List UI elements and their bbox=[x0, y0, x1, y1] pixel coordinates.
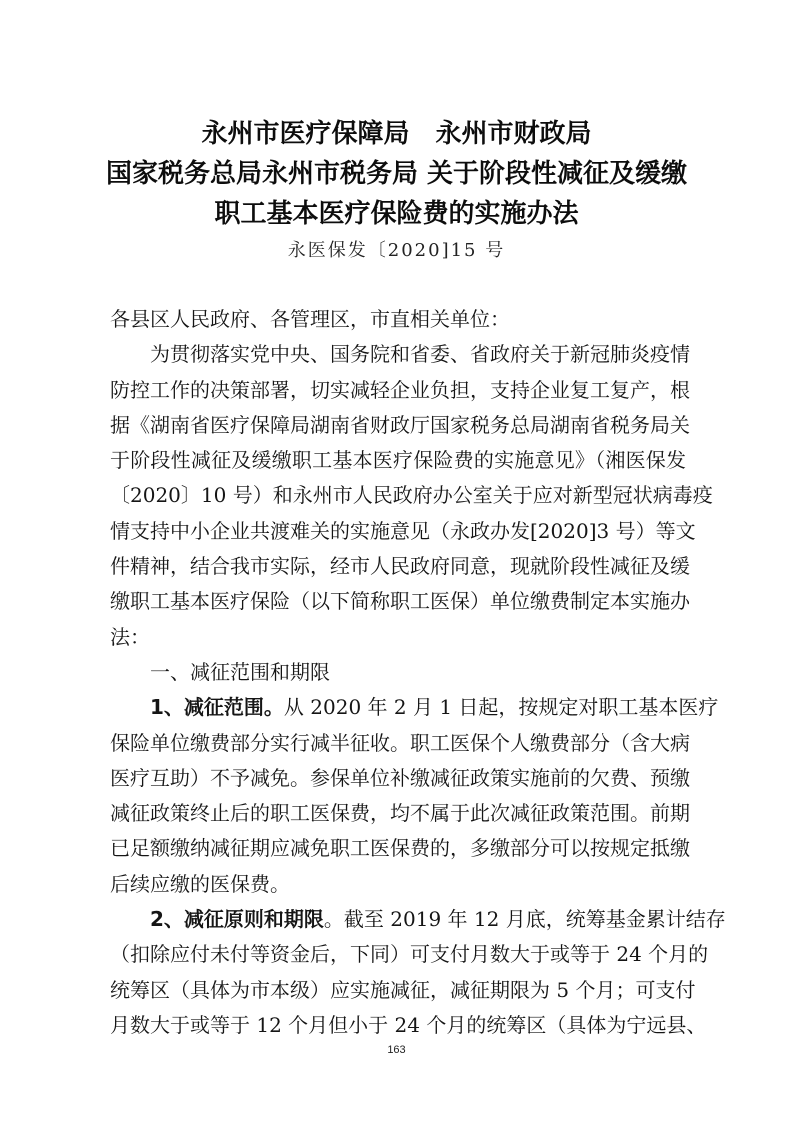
item1-line: 已足额缴纳减征期应减免职工医保费的，多缴部分可以按规定抵缴 bbox=[110, 831, 686, 866]
item2-line: 月数大于或等于 12 个月但小于 24 个月的统筹区（具体为宁远县、 bbox=[110, 1008, 686, 1043]
item1-first-line: 1、减征范围。从 2020 年 2 月 1 日起，按规定对职工基本医疗 bbox=[110, 690, 686, 725]
intro-line: 〔2020〕10 号）和永州市人民政府办公室关于应对新型冠状病毒疫 bbox=[110, 478, 686, 513]
item1-label: 1、减征范围。 bbox=[150, 695, 284, 719]
addressee: 各县区人民政府、各管理区，市直相关单位： bbox=[110, 302, 686, 337]
title-line-2: 国家税务总局永州市税务局 关于阶段性减征及缓缴 bbox=[0, 154, 793, 194]
intro-line: 据《湖南省医疗保障局湖南省财政厅国家税务总局湖南省税务局关 bbox=[110, 408, 686, 443]
item1-text: 从 2020 年 2 月 1 日起，按规定对职工基本医疗 bbox=[284, 695, 719, 719]
title-line-3: 职工基本医疗保险费的实施办法 bbox=[0, 194, 793, 234]
item1-line: 保险单位缴费部分实行减半征收。职工医保个人缴费部分（含大病 bbox=[110, 726, 686, 761]
intro-line: 缴职工基本医疗保险（以下简称职工医保）单位缴费制定本实施办 bbox=[110, 584, 686, 619]
intro-line: 法： bbox=[110, 620, 686, 655]
item2-line: 统筹区（具体为市本级）应实施减征，减征期限为 5 个月；可支付 bbox=[110, 973, 686, 1008]
item1-line: 医疗互助）不予减免。参保单位补缴减征政策实施前的欠费、预缴 bbox=[110, 761, 686, 796]
intro-line: 为贯彻落实党中央、国务院和省委、省政府关于新冠肺炎疫情 bbox=[110, 337, 686, 372]
item2-line: （扣除应付未付等资金后，下同）可支付月数大于或等于 24 个月的 bbox=[110, 937, 686, 972]
issuer-finance-bureau: 永州市财政局 bbox=[436, 119, 592, 149]
intro-line: 防控工作的决策部署，切实减轻企业负担，支持企业复工复产，根 bbox=[110, 373, 686, 408]
document-body: 各县区人民政府、各管理区，市直相关单位： 为贯彻落实党中央、国务院和省委、省政府… bbox=[110, 302, 686, 1043]
item2-text: 。截至 2019 年 12 月底，统筹基金累计结存 bbox=[324, 907, 726, 931]
title-line-1: 永州市医疗保障局永州市财政局 bbox=[0, 114, 793, 154]
document-page: 永州市医疗保障局永州市财政局 国家税务总局永州市税务局 关于阶段性减征及缓缴 职… bbox=[0, 0, 793, 1122]
document-number: 永医保发〔2020]15 号 bbox=[0, 236, 793, 266]
item2-first-line: 2、减征原则和期限。截至 2019 年 12 月底，统筹基金累计结存 bbox=[110, 902, 686, 937]
item2-label: 2、减征原则和期限 bbox=[150, 907, 324, 931]
intro-line: 情支持中小企业共渡难关的实施意见（永政办发[2020]3 号）等文 bbox=[110, 514, 686, 549]
page-number: 163 bbox=[0, 1044, 793, 1056]
document-title: 永州市医疗保障局永州市财政局 国家税务总局永州市税务局 关于阶段性减征及缓缴 职… bbox=[0, 114, 793, 266]
intro-line: 于阶段性减征及缓缴职工基本医疗保险费的实施意见》（湘医保发 bbox=[110, 443, 686, 478]
item1-line: 后续应缴的医保费。 bbox=[110, 867, 686, 902]
intro-line: 件精神，结合我市实际，经市人民政府同意，现就阶段性减征及缓 bbox=[110, 549, 686, 584]
issuer-medical-security-bureau: 永州市医疗保障局 bbox=[201, 119, 409, 149]
section-heading: 一、减征范围和期限 bbox=[110, 655, 686, 690]
item1-line: 减征政策终止后的职工医保费，均不属于此次减征政策范围。前期 bbox=[110, 796, 686, 831]
